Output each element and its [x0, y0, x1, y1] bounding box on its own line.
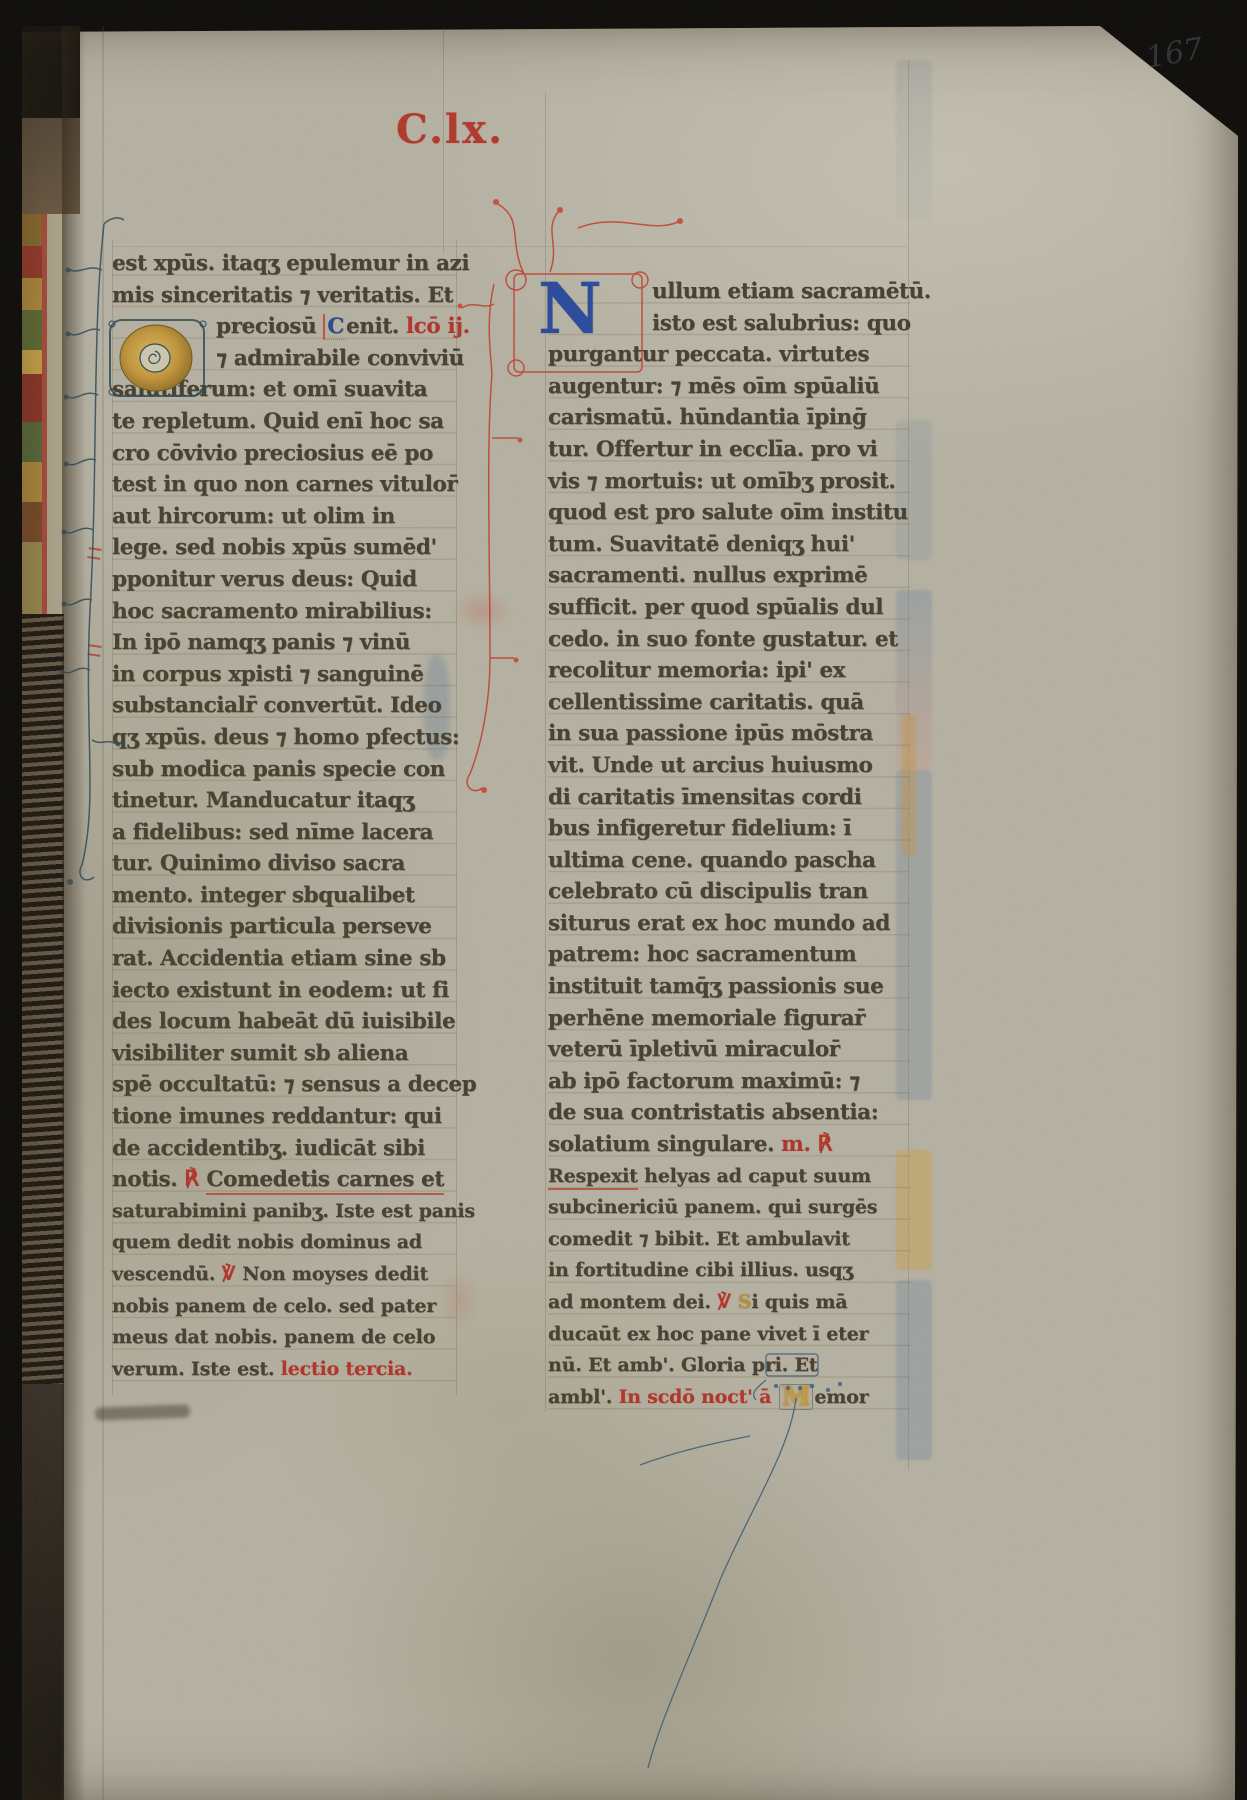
body-text: visibiliter sumit sb aliena — [112, 1041, 408, 1066]
rubric-text: ℟ — [184, 1167, 206, 1192]
body-text: rat. Accidentia etiam sine sb — [112, 946, 446, 971]
body-text: carismatū. hūndantia īpinḡ — [548, 405, 866, 430]
text-line: veterū īpletivū miraculor̄ — [548, 1034, 910, 1066]
text-line: di caritatis īmensitas cordi — [548, 782, 910, 814]
body-text: instituit tamq̄ʒ passionis sue — [548, 974, 883, 999]
chant-incipit-underlined: Respexit — [548, 1165, 638, 1190]
body-text: lege. sed nobis xpūs sumēd' — [112, 535, 437, 560]
body-text: cellentissime caritatis. quā — [548, 690, 864, 715]
facing-page-text-edge — [22, 614, 64, 1384]
text-line: a fidelibus: sed nīme lacera — [112, 817, 457, 849]
text-line: quod est pro salute oīm institu — [548, 497, 910, 529]
gold-touched-letter: S — [738, 1291, 752, 1313]
chapter-numeral: C.lx. — [396, 106, 504, 153]
body-text: des locum habeāt dū iuisibile — [112, 1009, 455, 1034]
text-line: mis sinceritatis ⁊ veritatis. Et — [112, 280, 457, 312]
body-text: augentur: ⁊ mēs oīm spūaliū — [548, 374, 879, 399]
body-text: comedit ⁊ bibit. Et ambulavit — [548, 1228, 850, 1250]
blue-initial-N-letter: N — [538, 266, 602, 352]
text-line: sufficit. per quod spūalis dul — [548, 592, 910, 624]
text-line: lege. sed nobis xpūs sumēd' — [112, 532, 457, 564]
body-text: tum. Suavitatē deniqʒ hui' — [548, 532, 855, 557]
body-text: emor — [814, 1386, 868, 1408]
page-crease — [102, 26, 104, 1800]
body-text: de sua contristatis absentia: — [548, 1100, 878, 1125]
text-line: mento. integer sbqualibet — [112, 880, 457, 912]
rubric-text: lcō ij. — [406, 314, 470, 339]
text-line: carismatū. hūndantia īpinḡ — [548, 402, 910, 434]
text-line: tum. Suavitatē deniqʒ hui' — [548, 529, 910, 561]
body-text: mis sinceritatis ⁊ veritatis. Et — [112, 283, 453, 308]
ruling-line-top — [112, 246, 907, 247]
body-text: helyas ad caput suum — [638, 1165, 871, 1187]
body-text: subcinericiū panem. qui surgēs — [548, 1196, 877, 1218]
body-text: veterū īpletivū miraculor̄ — [548, 1037, 840, 1062]
rubric-text: ℣ — [222, 1263, 243, 1285]
text-line: te repletum. Quid enī hoc sa — [112, 406, 457, 438]
body-text: ullum etiam sacramētū. — [652, 279, 931, 304]
body-text: ad montem dei. — [548, 1291, 717, 1313]
text-line: siturus erat ex hoc mundo ad — [548, 908, 910, 940]
body-text: bus infigeretur fidelium: ī — [548, 816, 851, 841]
gold-initial-O-artwork — [106, 318, 208, 398]
text-line: pponitur verus deus: Quid — [112, 564, 457, 596]
text-line: meus dat nobis. panem de celo — [112, 1322, 457, 1354]
body-text: cro cōvivio preciosius eē po — [112, 441, 433, 466]
body-text: tinetur. Manducatur itaqʒ — [112, 788, 414, 813]
text-line: cellentissime caritatis. quā — [548, 687, 910, 719]
body-text: enit. — [346, 314, 406, 339]
body-text: sub modica panis specie con — [112, 757, 445, 782]
text-line: bus infigeretur fidelium: ī — [548, 813, 910, 845]
text-line: sacramenti. nullus exprimē — [548, 560, 910, 592]
text-line: hoc sacramento mirabilius: — [112, 596, 457, 628]
text-line: visibiliter sumit sb aliena — [112, 1038, 457, 1070]
text-line: tur. Offertur in ecclīa. pro vi — [548, 434, 910, 466]
body-text: perhēne memoriale figurar̄ — [548, 1006, 865, 1031]
body-text: in fortitudine cibi illius. usqʒ — [548, 1259, 853, 1281]
text-line: In ipō namqʒ panis ⁊ vinū — [112, 627, 457, 659]
text-line: tur. Quinimo diviso sacra — [112, 848, 457, 880]
gutter-shadow — [62, 26, 86, 1800]
body-text: spē occultatū: ⁊ sensus a decep — [112, 1072, 476, 1097]
folio-number-pencil: 167 — [1143, 31, 1205, 75]
blue-paraph: C — [323, 314, 346, 340]
text-line: solatium singulare. m. ℟ — [548, 1129, 910, 1161]
body-text: tione imunes reddantur: qui — [112, 1104, 442, 1129]
body-text: vis ⁊ mortuis: ut omībʒ prosit. — [548, 469, 895, 494]
body-text: est xpūs. itaqʒ epulemur in azi — [112, 251, 469, 276]
text-line: test in quo non carnes vitulor̄ — [112, 469, 457, 501]
body-text: test in quo non carnes vitulor̄ — [112, 472, 457, 497]
body-text: ambl'. — [548, 1386, 619, 1408]
text-line: nobis panem de celo. sed pater — [112, 1291, 457, 1323]
text-line: celebrato cū discipulis tran — [548, 876, 910, 908]
gutter-dark-bottom — [22, 1384, 64, 1800]
text-line: tinetur. Manducatur itaqʒ — [112, 785, 457, 817]
body-text: pponitur verus deus: Quid — [112, 567, 417, 592]
body-text: i quis mā — [751, 1291, 847, 1313]
text-line: recolitur memoria: ipi' ex — [548, 655, 910, 687]
body-text: iecto existunt in eodem: ut fi — [112, 978, 449, 1003]
text-line: ultima cene. quando pascha — [548, 845, 910, 877]
rubric-text: m. ℟ — [781, 1132, 832, 1157]
red-margin-mark — [87, 547, 101, 560]
body-text: di caritatis īmensitas cordi — [548, 785, 861, 810]
text-line: patrem: hoc sacramentum — [548, 939, 910, 971]
text-line: des locum habeāt dū iuisibile — [112, 1006, 457, 1038]
body-text: tur. Offertur in ecclīa. pro vi — [548, 437, 877, 462]
body-text: sacramenti. nullus exprimē — [548, 563, 867, 588]
text-line: qʒ xpūs. deus ⁊ homo pfectus: — [112, 722, 457, 754]
body-text: mento. integer sbqualibet — [112, 883, 415, 908]
facing-page-illumination-sliver — [22, 214, 42, 614]
text-line: vescendū. ℣ Non moyses dedit — [112, 1259, 457, 1291]
body-text: ⁊ admirabile conviviū — [216, 346, 464, 371]
body-text: In ipō namqʒ panis ⁊ vinū — [112, 630, 410, 655]
body-text: te repletum. Quid enī hoc sa — [112, 409, 444, 434]
text-line: ambl'. In scdō noct' ā Memor — [548, 1382, 910, 1414]
body-text: nū. Et amb'. Gloria pri. Et — [548, 1354, 817, 1376]
body-text: saturabimini panibʒ. Iste est panis — [112, 1200, 475, 1222]
body-text: qʒ xpūs. deus ⁊ homo pfectus: — [112, 725, 459, 750]
text-line: verum. Iste est. lectio tercia. — [112, 1354, 457, 1386]
text-line: in fortitudine cibi illius. usqʒ — [548, 1255, 910, 1287]
text-line: vis ⁊ mortuis: ut omībʒ prosit. — [548, 466, 910, 498]
body-text: celebrato cū discipulis tran — [548, 879, 868, 904]
body-text: Non moyses dedit — [242, 1263, 428, 1285]
text-line: ad montem dei. ℣ Si quis mā — [548, 1287, 910, 1319]
body-text: sufficit. per quod spūalis dul — [548, 595, 883, 620]
body-text: de accidentibʒ. iudicāt sibi — [112, 1136, 425, 1161]
red-ink-offset — [452, 590, 512, 632]
text-line: de sua contristatis absentia: — [548, 1097, 910, 1129]
text-line: perhēne memoriale figurar̄ — [548, 1003, 910, 1035]
chant-incipit-underlined: Comedetis carnes et — [206, 1167, 444, 1195]
body-text: tur. Quinimo diviso sacra — [112, 851, 405, 876]
text-line: aut hircorum: ut olim in — [112, 501, 457, 533]
text-line: est xpūs. itaqʒ epulemur in azi — [112, 248, 457, 280]
text-line: rat. Accidentia etiam sine sb — [112, 943, 457, 975]
body-text: in corpus xpisti ⁊ sanguinē — [112, 662, 424, 687]
offset-blue-smudge — [896, 60, 932, 220]
text-line: in corpus xpisti ⁊ sanguinē — [112, 659, 457, 691]
body-text: preciosū — [216, 314, 323, 339]
manuscript-page-photo: C.lx. 167 est xpūs. itaqʒ epulemur in az… — [0, 0, 1247, 1800]
text-line: Respexit helyas ad caput suum — [548, 1161, 910, 1193]
text-line: cro cōvivio preciosius eē po — [112, 438, 457, 470]
rubric-text: In scdō noct' ā — [619, 1386, 778, 1408]
rubric-text: lectio tercia. — [281, 1358, 413, 1380]
blue-initial-N: N — [520, 272, 624, 358]
body-text: solatium singulare. — [548, 1132, 781, 1157]
text-line: substancialr̄ convertūt. Ideo — [112, 690, 457, 722]
body-text: patrem: hoc sacramentum — [548, 942, 856, 967]
body-text: substancialr̄ convertūt. Ideo — [112, 693, 441, 718]
body-text: verum. Iste est. — [112, 1358, 281, 1380]
text-line: sub modica panis specie con — [112, 754, 457, 786]
body-text: ducaūt ex hoc pane vivet ī eter — [548, 1323, 868, 1345]
text-line: quem dedit nobis dominus ad — [112, 1227, 457, 1259]
text-line: ab ipō factorum maximū: ⁊ — [548, 1066, 910, 1098]
text-line: comedit ⁊ bibit. Et ambulavit — [548, 1224, 910, 1256]
text-line: de accidentibʒ. iudicāt sibi — [112, 1133, 457, 1165]
text-line: instituit tamq̄ʒ passionis sue — [548, 971, 910, 1003]
text-line: cedo. in suo fonte gustatur. et — [548, 624, 910, 656]
body-text: recolitur memoria: ipi' ex — [548, 658, 845, 683]
gold-initial-M: M — [779, 1384, 814, 1410]
body-text: notis. — [112, 1167, 184, 1192]
body-text: cedo. in suo fonte gustatur. et — [548, 627, 898, 652]
text-line: notis. ℟ Comedetis carnes et — [112, 1164, 457, 1196]
text-line: ducaūt ex hoc pane vivet ī eter — [548, 1319, 910, 1351]
body-text: vit. Unde ut arcius huiusmo — [548, 753, 872, 778]
body-text: meus dat nobis. panem de celo — [112, 1326, 435, 1348]
text-line: nū. Et amb'. Gloria pri. Et — [548, 1350, 910, 1382]
body-text: vescendū. — [112, 1263, 222, 1285]
body-text: divisionis particula perseve — [112, 914, 431, 939]
gold-initial-O — [106, 318, 208, 398]
text-line: in sua passione ipūs mōstra — [548, 718, 910, 750]
body-text: hoc sacramento mirabilius: — [112, 599, 432, 624]
body-text: ab ipō factorum maximū: ⁊ — [548, 1069, 860, 1094]
body-text: aut hircorum: ut olim in — [112, 504, 395, 529]
body-text: in sua passione ipūs mōstra — [548, 721, 873, 746]
rubric-text: ℣ — [717, 1291, 738, 1313]
binding-gutter — [22, 26, 80, 1800]
body-text: quod est pro salute oīm institu — [548, 500, 908, 525]
body-text: quem dedit nobis dominus ad — [112, 1231, 422, 1253]
text-column-right: ullum etiam sacramētū.isto est salubrius… — [548, 276, 910, 1416]
body-text: isto est salubrius: quo — [652, 311, 911, 336]
text-line: iecto existunt in eodem: ut fi — [112, 975, 457, 1007]
text-line: spē occultatū: ⁊ sensus a decep — [112, 1069, 457, 1101]
text-column-left: est xpūs. itaqʒ epulemur in azimis since… — [112, 248, 457, 1388]
text-line: vit. Unde ut arcius huiusmo — [548, 750, 910, 782]
body-text: a fidelibus: sed nīme lacera — [112, 820, 433, 845]
text-line: augentur: ⁊ mēs oīm spūaliū — [548, 371, 910, 403]
body-text: ultima cene. quando pascha — [548, 848, 876, 873]
text-line: divisionis particula perseve — [112, 911, 457, 943]
text-line: tione imunes reddantur: qui — [112, 1101, 457, 1133]
body-text: nobis panem de celo. sed pater — [112, 1295, 436, 1317]
text-line: saturabimini panibʒ. Iste est panis — [112, 1196, 457, 1228]
body-text: siturus erat ex hoc mundo ad — [548, 911, 890, 936]
red-margin-mark — [87, 644, 101, 657]
text-line: subcinericiū panem. qui surgēs — [548, 1192, 910, 1224]
